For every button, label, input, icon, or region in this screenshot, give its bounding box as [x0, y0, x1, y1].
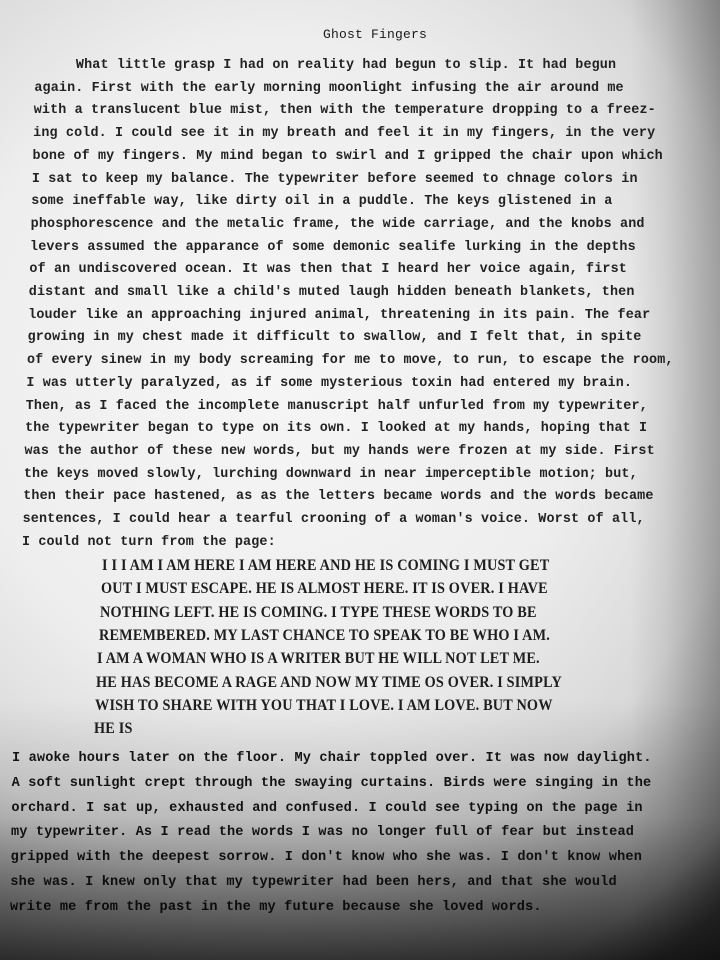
text-line: bone of my fingers. My mind began to swi… [33, 149, 663, 164]
text-line: phosphorescence and the metalic frame, t… [31, 217, 645, 232]
text-line: I AM A WOMAN WHO IS A WRITER BUT HE WILL… [97, 650, 540, 668]
text-line: some ineffable way, like dirty oil in a … [31, 194, 612, 209]
text-line: again. First with the early morning moon… [34, 81, 623, 96]
text-line: write me from the past in the my future … [10, 900, 542, 915]
text-line: I sat to keep my balance. The typewriter… [32, 172, 638, 187]
text-line: I I I AM I AM HERE I AM HERE AND HE IS C… [102, 557, 549, 575]
text-line: distant and small like a child's muted l… [29, 285, 635, 300]
text-line: What little grasp I had on reality had b… [35, 58, 616, 73]
text-line: NOTHING LEFT. HE IS COMING. I TYPE THESE… [100, 604, 537, 622]
text-line: I awoke hours later on the floor. My cha… [12, 751, 652, 766]
text-line: REMEMBERED. MY LAST CHANCE TO SPEAK TO B… [99, 627, 550, 645]
text-line: HE IS [94, 720, 133, 738]
text-line: my typewriter. As I read the words I was… [11, 825, 634, 840]
text-line: orchard. I sat up, exhausted and confuse… [11, 801, 642, 816]
text-line: ing cold. I could see it in my breath an… [33, 126, 655, 141]
text-line: was the author of these new words, but m… [24, 444, 654, 459]
text-line: OUT I MUST ESCAPE. HE IS ALMOST HERE. IT… [101, 580, 548, 598]
text-line: WISH TO SHARE WITH YOU THAT I LOVE. I AM… [95, 697, 553, 715]
text-line: of every sinew in my body screaming for … [27, 353, 674, 368]
text-line: growing in my chest made it difficult to… [28, 330, 642, 345]
text-line: of an undiscovered ocean. It was then th… [29, 262, 627, 277]
text-line: levers assumed the apparance of some dem… [30, 240, 636, 255]
page-title: Ghost Fingers [0, 27, 720, 42]
text-line: the typewriter began to type on its own.… [25, 421, 647, 436]
text-line: gripped with the deepest sorrow. I don't… [11, 850, 642, 865]
text-line: she was. I knew only that my typewriter … [10, 875, 616, 890]
text-line: the keys moved slowly, lurching downward… [24, 467, 638, 482]
text-line: Then, as I faced the incomplete manuscri… [26, 399, 648, 414]
text-line: sentences, I could hear a tearful crooni… [23, 512, 645, 527]
text-line: louder like an approaching injured anima… [28, 308, 650, 323]
text-line: HE HAS BECOME A RAGE AND NOW MY TIME OS … [96, 674, 562, 692]
text-line: I could not turn from the page: [22, 535, 276, 550]
text-line: A soft sunlight crept through the swayin… [12, 776, 652, 791]
text-line: then their pace hastened, as as the lett… [23, 489, 653, 504]
text-line: with a translucent blue mist, then with … [34, 103, 656, 118]
text-line: I was utterly paralyzed, as if some myst… [26, 376, 632, 391]
